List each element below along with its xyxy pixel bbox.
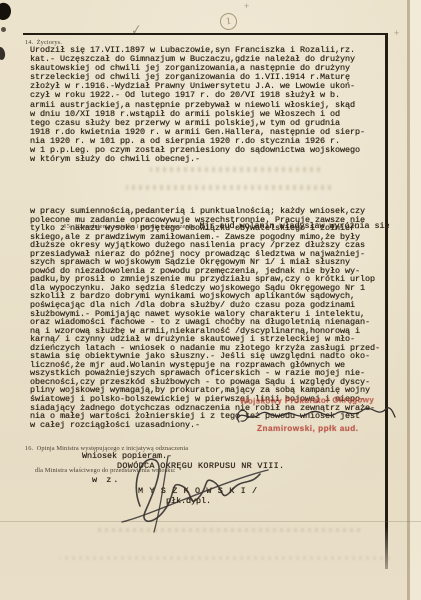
form-right-rule <box>385 33 388 569</box>
commander-rank: płk.dypl. <box>166 496 211 506</box>
document-page: 1 + + ✓ 14. Życiorys. Urodził się 17.VII… <box>0 0 421 600</box>
bleedthrough-smudge <box>150 167 320 172</box>
cross-mark-icon: + <box>244 1 249 11</box>
commander-surname: M Y S Z K O W S K I / <box>138 486 258 496</box>
page-number-badge: 1 <box>219 12 238 31</box>
binding-mark <box>1 27 6 32</box>
pencil-checkmark-icon: ✓ <box>131 21 142 40</box>
prosecutor-signer-name: Znamirowski, ppłk aud. <box>257 424 359 433</box>
binding-mark <box>0 46 6 60</box>
form-top-rule <box>23 33 388 35</box>
bleedthrough-smudge <box>60 556 390 560</box>
bleedthrough-smudge <box>126 185 331 190</box>
cross-mark-icon: + <box>394 28 399 38</box>
paper-edge <box>410 0 421 600</box>
binding-mark <box>0 1 13 22</box>
section14-biography-text: Urodził się 17.VII.1897 w Lubaczowie,syn… <box>30 46 365 164</box>
